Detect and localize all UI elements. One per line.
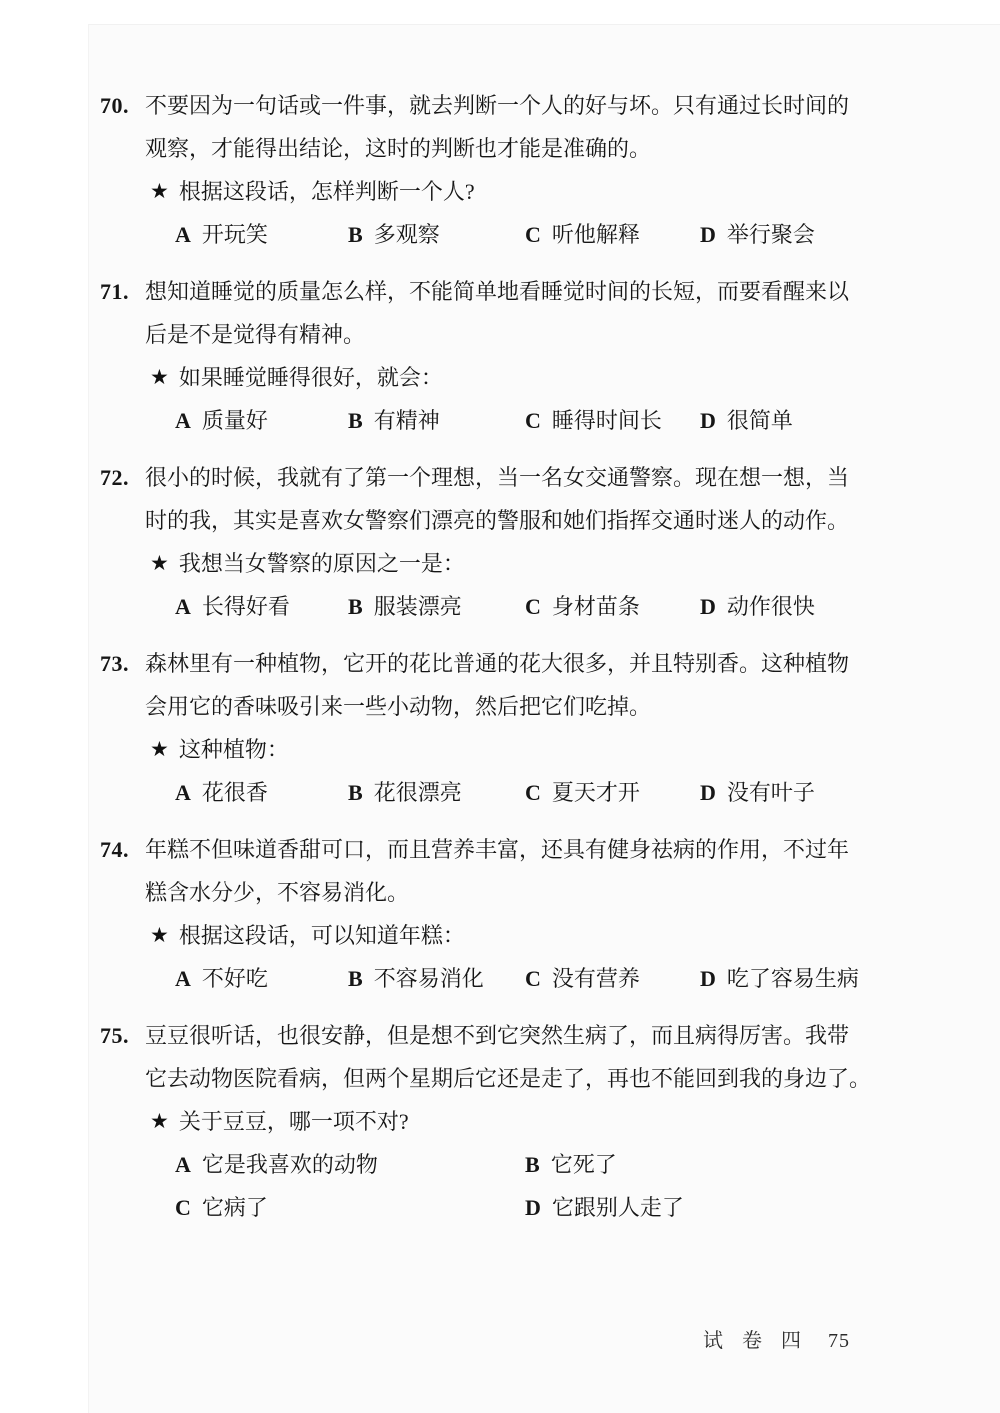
options-row: C它病了 D它跟别人走了 [100, 1186, 930, 1229]
option-b: B花很漂亮 [348, 771, 462, 814]
question-block-72: 72.很小的时候，我就有了第一个理想，当一名女交通警察。现在想一想，当 时的我，… [100, 456, 930, 628]
passage-row: 75.豆豆很听话，也很安静，但是想不到它突然生病了，而且病得厉害。我带 [100, 1014, 930, 1057]
option-text: 吃了容易生病 [727, 966, 859, 991]
passage-row: 糕含水分少，不容易消化。 [145, 871, 930, 914]
passage-line-1: 想知道睡觉的质量怎么样，不能简单地看睡觉时间的长短，而要看醒来以 [145, 279, 849, 304]
star-icon: ★ [150, 179, 169, 203]
passage-line-1: 不要因为一句话或一件事，就去判断一个人的好与坏。只有通过长时间的 [145, 93, 849, 118]
question-block-73: 73.森林里有一种植物，它开的花比普通的花大很多，并且特别香。这种植物 会用它的… [100, 642, 930, 814]
option-text: 花很香 [202, 780, 268, 805]
passage-line-2: 会用它的香味吸引来一些小动物，然后把它们吃掉。 [145, 694, 651, 719]
passage-line-2: 糕含水分少，不容易消化。 [145, 880, 409, 905]
star-icon: ★ [150, 737, 169, 761]
prompt-row: ★如果睡觉睡得很好，就会： [150, 356, 930, 399]
passage-line-1: 很小的时候，我就有了第一个理想，当一名女交通警察。现在想一想，当 [145, 465, 849, 490]
option-text: 开玩笑 [202, 222, 268, 247]
question-number: 74. [100, 828, 145, 871]
passage-row: 71.想知道睡觉的质量怎么样，不能简单地看睡觉时间的长短，而要看醒来以 [100, 270, 930, 313]
prompt-row: ★我想当女警察的原因之一是： [150, 542, 930, 585]
option-text: 没有营养 [552, 966, 640, 991]
options-row: A长得好看 B服装漂亮 C身材苗条 D动作很快 [100, 585, 930, 628]
option-text: 举行聚会 [727, 222, 815, 247]
page-footer: 试 卷 四75 [0, 1326, 850, 1356]
prompt-row: ★这种植物： [150, 728, 930, 771]
passage-line-1: 年糕不但味道香甜可口，而且营养丰富，还具有健身祛病的作用，不过年 [145, 837, 849, 862]
star-icon: ★ [150, 923, 169, 947]
passage-row: 74.年糕不但味道香甜可口，而且营养丰富，还具有健身祛病的作用，不过年 [100, 828, 930, 871]
question-prompt: 我想当女警察的原因之一是： [179, 551, 465, 576]
option-letter: C [525, 780, 541, 805]
option-letter: C [525, 408, 541, 433]
option-letter: C [525, 966, 541, 991]
passage-row: 会用它的香味吸引来一些小动物，然后把它们吃掉。 [145, 685, 930, 728]
passage-line-1: 豆豆很听话，也很安静，但是想不到它突然生病了，而且病得厉害。我带 [145, 1023, 849, 1048]
option-letter: A [175, 222, 191, 247]
option-b: B不容易消化 [348, 957, 484, 1000]
option-c: C没有营养 [525, 957, 640, 1000]
option-letter: D [700, 594, 716, 619]
passage-row: 70.不要因为一句话或一件事，就去判断一个人的好与坏。只有通过长时间的 [100, 84, 930, 127]
option-letter: B [348, 594, 363, 619]
option-letter: A [175, 594, 191, 619]
option-text: 它死了 [551, 1152, 617, 1177]
passage-row: 时的我，其实是喜欢女警察们漂亮的警服和她们指挥交通时迷人的动作。 [145, 499, 930, 542]
star-icon: ★ [150, 365, 169, 389]
option-letter: A [175, 1152, 191, 1177]
passage-line-2: 后是不是觉得有精神。 [145, 322, 365, 347]
option-text: 花很漂亮 [374, 780, 462, 805]
passage-line-2: 它去动物医院看病，但两个星期后它还是走了，再也不能回到我的身边了。 [145, 1066, 871, 1091]
option-d: D它跟别人走了 [525, 1186, 684, 1229]
question-prompt: 这种植物： [179, 737, 289, 762]
option-text: 夏天才开 [552, 780, 640, 805]
page-number: 75 [828, 1330, 850, 1352]
option-a: A长得好看 [175, 585, 290, 628]
option-text: 不好吃 [202, 966, 268, 991]
question-prompt: 根据这段话，可以知道年糕： [179, 923, 465, 948]
prompt-row: ★关于豆豆，哪一项不对? [150, 1100, 930, 1143]
passage-line-1: 森林里有一种植物，它开的花比普通的花大很多，并且特别香。这种植物 [145, 651, 849, 676]
option-text: 长得好看 [202, 594, 290, 619]
option-c: C睡得时间长 [525, 399, 662, 442]
option-d: D没有叶子 [700, 771, 815, 814]
question-number: 75. [100, 1014, 145, 1057]
question-prompt: 如果睡觉睡得很好，就会： [179, 365, 443, 390]
option-c: C夏天才开 [525, 771, 640, 814]
option-d: D很简单 [700, 399, 793, 442]
option-letter: B [348, 966, 363, 991]
option-d: D举行聚会 [700, 213, 815, 256]
question-block-70: 70.不要因为一句话或一件事，就去判断一个人的好与坏。只有通过长时间的 观察，才… [100, 84, 930, 256]
option-b: B服装漂亮 [348, 585, 462, 628]
option-text: 睡得时间长 [552, 408, 662, 433]
option-letter: A [175, 408, 191, 433]
footer-paper-label: 试 卷 四 [703, 1330, 808, 1352]
passage-row: 后是不是觉得有精神。 [145, 313, 930, 356]
option-b: B有精神 [348, 399, 440, 442]
option-c: C身材苗条 [525, 585, 640, 628]
option-text: 它病了 [202, 1195, 268, 1220]
option-letter: D [525, 1195, 541, 1220]
prompt-row: ★根据这段话，可以知道年糕： [150, 914, 930, 957]
option-text: 它跟别人走了 [552, 1195, 684, 1220]
option-letter: C [175, 1195, 191, 1220]
option-text: 服装漂亮 [374, 594, 462, 619]
passage-row: 观察，才能得出结论，这时的判断也才能是准确的。 [145, 127, 930, 170]
passage-line-2: 观察，才能得出结论，这时的判断也才能是准确的。 [145, 136, 651, 161]
passage-row: 它去动物医院看病，但两个星期后它还是走了，再也不能回到我的身边了。 [145, 1057, 930, 1100]
options-row: A它是我喜欢的动物 B它死了 [100, 1143, 930, 1186]
option-letter: B [348, 408, 363, 433]
option-letter: B [525, 1152, 540, 1177]
question-block-71: 71.想知道睡觉的质量怎么样，不能简单地看睡觉时间的长短，而要看醒来以 后是不是… [100, 270, 930, 442]
option-a: A开玩笑 [175, 213, 268, 256]
passage-row: 72.很小的时候，我就有了第一个理想，当一名女交通警察。现在想一想，当 [100, 456, 930, 499]
option-letter: B [348, 780, 363, 805]
passage-row: 73.森林里有一种植物，它开的花比普通的花大很多，并且特别香。这种植物 [100, 642, 930, 685]
star-icon: ★ [150, 1109, 169, 1133]
option-letter: D [700, 408, 716, 433]
prompt-row: ★根据这段话，怎样判断一个人? [150, 170, 930, 213]
option-letter: A [175, 966, 191, 991]
option-letter: A [175, 780, 191, 805]
option-a: A花很香 [175, 771, 268, 814]
option-a: A不好吃 [175, 957, 268, 1000]
question-number: 72. [100, 456, 145, 499]
options-row: A开玩笑 B多观察 C听他解释 D举行聚会 [100, 213, 930, 256]
star-icon: ★ [150, 551, 169, 575]
option-letter: B [348, 222, 363, 247]
option-d: D动作很快 [700, 585, 815, 628]
option-letter: D [700, 222, 716, 247]
test-paper-content: 70.不要因为一句话或一件事，就去判断一个人的好与坏。只有通过长时间的 观察，才… [100, 84, 930, 1243]
option-text: 很简单 [727, 408, 793, 433]
option-letter: C [525, 594, 541, 619]
options-row: A花很香 B花很漂亮 C夏天才开 D没有叶子 [100, 771, 930, 814]
option-text: 听他解释 [552, 222, 640, 247]
question-number: 71. [100, 270, 145, 313]
question-block-75: 75.豆豆很听话，也很安静，但是想不到它突然生病了，而且病得厉害。我带 它去动物… [100, 1014, 930, 1229]
option-b: B多观察 [348, 213, 440, 256]
option-text: 不容易消化 [374, 966, 484, 991]
option-text: 没有叶子 [727, 780, 815, 805]
option-text: 身材苗条 [552, 594, 640, 619]
option-b: B它死了 [525, 1143, 617, 1186]
question-number: 70. [100, 84, 145, 127]
question-block-74: 74.年糕不但味道香甜可口，而且营养丰富，还具有健身祛病的作用，不过年 糕含水分… [100, 828, 930, 1000]
option-text: 多观察 [374, 222, 440, 247]
option-d: D吃了容易生病 [700, 957, 859, 1000]
question-number: 73. [100, 642, 145, 685]
option-text: 有精神 [374, 408, 440, 433]
option-c: C听他解释 [525, 213, 640, 256]
passage-line-2: 时的我，其实是喜欢女警察们漂亮的警服和她们指挥交通时迷人的动作。 [145, 508, 849, 533]
option-a: A质量好 [175, 399, 268, 442]
options-row: A质量好 B有精神 C睡得时间长 D很简单 [100, 399, 930, 442]
option-letter: D [700, 780, 716, 805]
option-c: C它病了 [175, 1186, 268, 1229]
option-text: 它是我喜欢的动物 [202, 1152, 378, 1177]
option-letter: C [525, 222, 541, 247]
option-letter: D [700, 966, 716, 991]
options-row: A不好吃 B不容易消化 C没有营养 D吃了容易生病 [100, 957, 930, 1000]
question-prompt: 根据这段话，怎样判断一个人? [179, 179, 475, 204]
option-text: 动作很快 [727, 594, 815, 619]
option-text: 质量好 [202, 408, 268, 433]
question-prompt: 关于豆豆，哪一项不对? [179, 1109, 409, 1134]
option-a: A它是我喜欢的动物 [175, 1143, 378, 1186]
